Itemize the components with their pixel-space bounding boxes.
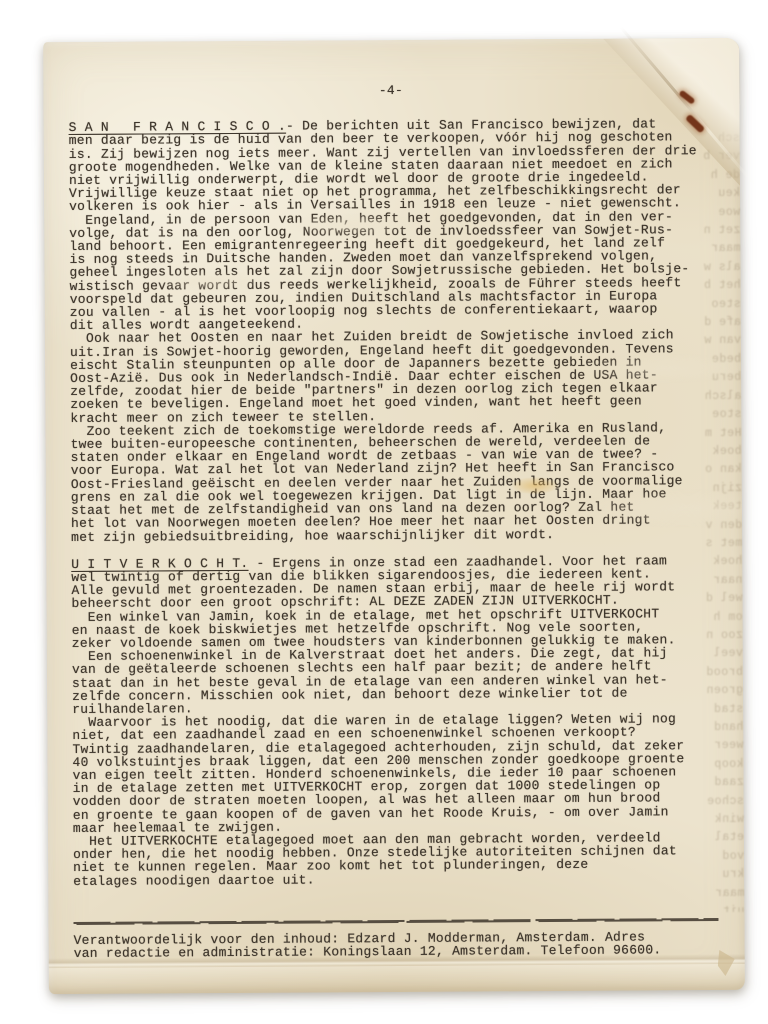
footer-separator-dashed-line [73, 918, 718, 925]
paragraph: Een schoenenwinkel in de Kalverstraat do… [72, 646, 717, 716]
paragraph: Zoo teekent zich de toekomstige wereldor… [70, 421, 716, 544]
paragraph: Het UITVERKOCHTE etalagegoed moet aan de… [73, 831, 718, 888]
article-uitverkocht: U I T V E R K O C H T. - Ergens in onze … [71, 554, 718, 888]
paragraph: Engeland, in de persoon van Eden, heeft … [69, 210, 715, 333]
article-lead-paragraph: U I T V E R K O C H T. - Ergens in onze … [71, 554, 716, 611]
footer-imprint: Verantwoordelijk voor den inhoud: Edzard… [74, 930, 719, 960]
page-content: -4- S A N F R A N C I S C O .- De berich… [68, 82, 719, 994]
page-number: -4- [68, 82, 713, 99]
paragraph: Waarvoor is het noodig, dat die waren in… [72, 712, 718, 835]
article-san-francisco: S A N F R A N C I S C O .- De berichten … [69, 117, 717, 543]
paragraph: Ook naar het Oosten en naar het Zuiden b… [70, 328, 716, 424]
paragraph: Een winkel van Jamin, koek in de etalage… [72, 607, 717, 651]
scanned-typewritten-page: sch ver b de h keu woe zet n maar als w … [43, 38, 745, 994]
article-lead-paragraph: S A N F R A N C I S C O .- De berichten … [69, 117, 715, 213]
bottom-right-tear [718, 950, 735, 976]
